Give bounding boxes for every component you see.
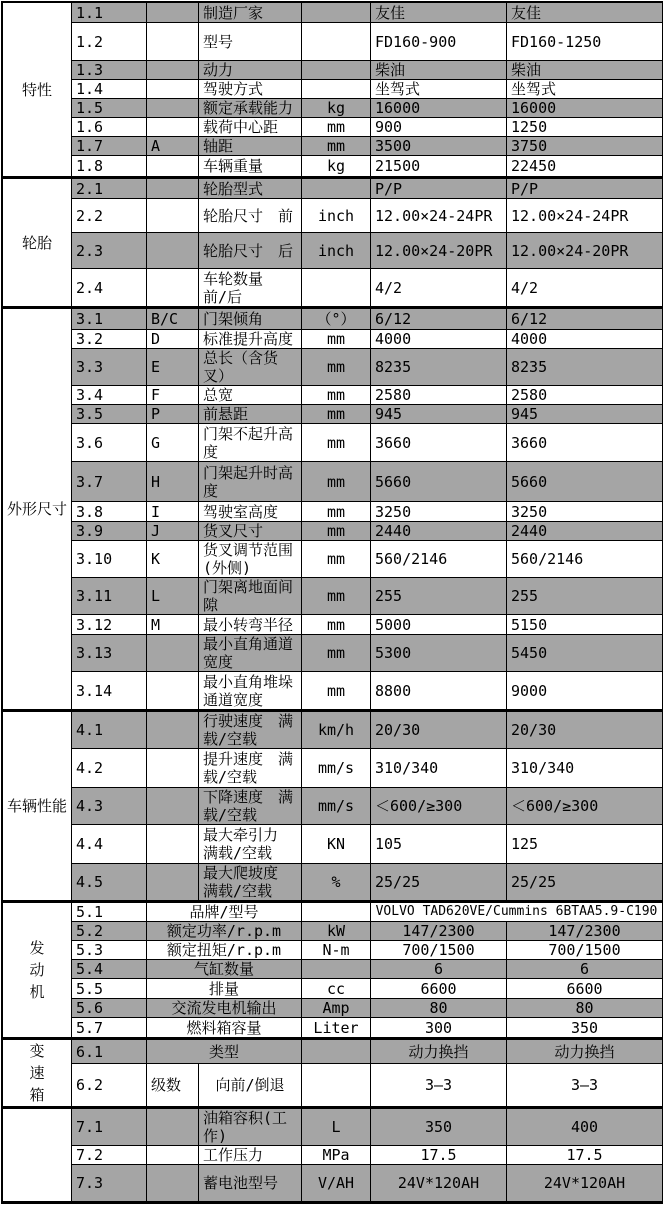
- cell-value-1: 900: [371, 118, 507, 137]
- section-label: 发动机: [3, 903, 72, 1038]
- cell-unit: mm: [302, 502, 371, 522]
- section-label: 轮胎: [3, 179, 72, 307]
- cell-value-1: 3—3: [371, 1064, 507, 1107]
- cell-param-name: 驾驶方式: [199, 80, 302, 99]
- cell-value-1: 25/25: [371, 864, 507, 901]
- cell-unit: [302, 80, 371, 99]
- cell-dim-letter: G: [147, 424, 199, 462]
- cell-value-1: 3660: [371, 424, 507, 462]
- cell-row-number: 6.1: [72, 1040, 147, 1064]
- cell-row-number: 1.1: [72, 3, 147, 23]
- cell-unit: mm: [302, 386, 371, 405]
- cell-row-number: 5.1: [72, 903, 147, 922]
- cell-value-2: 400: [507, 1109, 662, 1146]
- cell-unit: [302, 903, 371, 922]
- cell-unit: [302, 269, 371, 307]
- cell-value-2: P/P: [507, 179, 662, 199]
- cell-row-number: 4.5: [72, 864, 147, 901]
- cell-row-number: 2.2: [72, 199, 147, 233]
- cell-value-2: 2440: [507, 522, 662, 541]
- cell-value-2: 255: [507, 578, 662, 615]
- cell-value-2: 12.00×24-20PR: [507, 233, 662, 269]
- cell-value-1: 坐驾式: [371, 80, 507, 99]
- cell-unit: [302, 179, 371, 199]
- cell-unit: mm: [302, 635, 371, 672]
- cell-param-name: 门架倾角: [199, 309, 302, 330]
- cell-param-name: 门架不起升高度: [199, 424, 302, 462]
- cell-row-number: 3.5: [72, 405, 147, 424]
- cell-param-name: 轴距: [199, 137, 302, 156]
- cell-row-number: 3.11: [72, 578, 147, 615]
- cell-value-1: 24V*120AH: [371, 1165, 507, 1202]
- cell-value-2: 17.5: [507, 1146, 662, 1165]
- section-1: 特性1.1制造厂家友佳友佳1.2型号FD160-900FD160-12501.3…: [3, 3, 662, 177]
- cell-dim-letter: [147, 1109, 199, 1146]
- cell-param-name: 气缸数量: [147, 960, 302, 979]
- cell-param-name: 最小直角堆垛通道宽度: [199, 672, 302, 710]
- cell-value-2: 1250: [507, 118, 662, 137]
- cell-param-name: 排量: [147, 979, 302, 999]
- cell-param-name: 蓄电池型号: [199, 1165, 302, 1202]
- section-label: 变速箱: [3, 1040, 72, 1107]
- cell-row-number: 1.5: [72, 99, 147, 118]
- cell-unit: kg: [302, 99, 371, 118]
- cell-value-2: 350: [507, 1018, 662, 1038]
- cell-value-1: 6600: [371, 979, 507, 999]
- cell-unit: mm: [302, 615, 371, 635]
- cell-dim-letter: [147, 864, 199, 901]
- cell-unit: inch: [302, 233, 371, 269]
- cell-row-number: 3.14: [72, 672, 147, 710]
- cell-value-1: 3250: [371, 502, 507, 522]
- cell-value-1: 350: [371, 1109, 507, 1146]
- cell-unit: mm: [302, 522, 371, 541]
- cell-row-number: 4.4: [72, 825, 147, 864]
- cell-unit: mm: [302, 672, 371, 710]
- cell-unit: mm: [302, 424, 371, 462]
- cell-unit: %: [302, 864, 371, 901]
- cell-unit: V/AH: [302, 1165, 371, 1202]
- cell-unit: kg: [302, 156, 371, 177]
- cell-value-2: 坐驾式: [507, 80, 662, 99]
- cell-row-number: 5.6: [72, 999, 147, 1018]
- section-3: 外形尺寸3.1B/C门架倾角（°）6/126/123.2D标准提升高度mm400…: [3, 307, 662, 710]
- cell-unit: mm: [302, 462, 371, 502]
- cell-row-number: 7.1: [72, 1109, 147, 1146]
- cell-dim-letter: [147, 635, 199, 672]
- section-2: 轮胎2.1轮胎型式P/PP/P2.2轮胎尺寸 前inch12.00×24-24P…: [3, 177, 662, 307]
- cell-value-1: 友佳: [371, 3, 507, 23]
- cell-row-number: 1.7: [72, 137, 147, 156]
- cell-value-2: 12.00×24-24PR: [507, 199, 662, 233]
- cell-value-2: 4000: [507, 330, 662, 349]
- cell-dim-letter: K: [147, 541, 199, 578]
- cell-row-number: 3.13: [72, 635, 147, 672]
- cell-dim-letter: [147, 1146, 199, 1165]
- cell-value-1: 12.00×24-20PR: [371, 233, 507, 269]
- cell-dim-letter: A: [147, 137, 199, 156]
- cell-dim-letter: P: [147, 405, 199, 424]
- cell-dim-letter: [147, 61, 199, 80]
- cell-value-1: 3500: [371, 137, 507, 156]
- cell-row-number: 3.4: [72, 386, 147, 405]
- cell-dim-letter: [147, 99, 199, 118]
- cell-value-2: 80: [507, 999, 662, 1018]
- cell-value-2: 147/2300: [507, 922, 662, 941]
- cell-row-number: 1.8: [72, 156, 147, 177]
- cell-value-1: 300: [371, 1018, 507, 1038]
- cell-value-1: 17.5: [371, 1146, 507, 1165]
- cell-dim-letter: [147, 233, 199, 269]
- cell-value-2: 5150: [507, 615, 662, 635]
- cell-dim-letter: F: [147, 386, 199, 405]
- cell-dim-letter: M: [147, 615, 199, 635]
- cell-value-2: 24V*120AH: [507, 1165, 662, 1202]
- cell-param-name: 总宽: [199, 386, 302, 405]
- cell-value-1: 8235: [371, 349, 507, 386]
- cell-value-1: 700/1500: [371, 941, 507, 960]
- cell-param-name: 货叉调节范围(外侧): [199, 541, 302, 578]
- cell-value-1: 105: [371, 825, 507, 864]
- cell-unit: inch: [302, 199, 371, 233]
- cell-param-name: 额定功率/r.p.m: [147, 922, 302, 941]
- cell-param-name: 门架起升时高度: [199, 462, 302, 502]
- cell-row-number: 3.3: [72, 349, 147, 386]
- spec-table: 特性1.1制造厂家友佳友佳1.2型号FD160-900FD160-12501.3…: [1, 1, 663, 1204]
- cell-value-2: 6: [507, 960, 662, 979]
- cell-unit: （°）: [302, 309, 371, 330]
- cell-unit: L: [302, 1109, 371, 1146]
- cell-value-2: ＜600/≥300: [507, 788, 662, 825]
- cell-value-1: 5000: [371, 615, 507, 635]
- cell-value-2: 700/1500: [507, 941, 662, 960]
- cell-value-2: 945: [507, 405, 662, 424]
- cell-row-number: 7.3: [72, 1165, 147, 1202]
- cell-dim-letter: [147, 1165, 199, 1202]
- cell-param-name: 制造厂家: [199, 3, 302, 23]
- cell-unit: KN: [302, 825, 371, 864]
- cell-unit: [302, 1040, 371, 1064]
- cell-value-2: 8235: [507, 349, 662, 386]
- cell-param-name: 前悬距: [199, 405, 302, 424]
- cell-value-2: 3750: [507, 137, 662, 156]
- cell-unit: kW: [302, 922, 371, 941]
- cell-value-1: 动力换挡: [371, 1040, 507, 1064]
- cell-value-2: 5660: [507, 462, 662, 502]
- cell-unit: [302, 61, 371, 80]
- cell-row-number: 3.10: [72, 541, 147, 578]
- cell-value-1: 12.00×24-24PR: [371, 199, 507, 233]
- cell-dim-letter: [147, 825, 199, 864]
- cell-row-number: 5.3: [72, 941, 147, 960]
- cell-value-1: 柴油: [371, 61, 507, 80]
- cell-value-2: 22450: [507, 156, 662, 177]
- cell-dim-letter: L: [147, 578, 199, 615]
- cell-param-name: 门架离地面间隙: [199, 578, 302, 615]
- cell-param-name: 载荷中心距: [199, 118, 302, 137]
- section-5: 发动机5.1品牌/型号VOLVO TAD620VE/Cummins 6BTAA5…: [3, 901, 662, 1038]
- section-label: 特性: [3, 3, 72, 177]
- cell-param-name: 动力: [199, 61, 302, 80]
- cell-dim-letter: B/C: [147, 309, 199, 330]
- cell-unit: Liter: [302, 1018, 371, 1038]
- cell-value-2: 柴油: [507, 61, 662, 80]
- cell-value-2: 16000: [507, 99, 662, 118]
- cell-value-2: 560/2146: [507, 541, 662, 578]
- section-label: [3, 1109, 72, 1202]
- cell-unit: [302, 23, 371, 61]
- cell-dim-letter: [147, 672, 199, 710]
- cell-unit: [302, 960, 371, 979]
- cell-param-name: 额定承载能力: [199, 99, 302, 118]
- cell-row-number: 3.12: [72, 615, 147, 635]
- cell-dim-letter: [147, 118, 199, 137]
- cell-row-number: 2.3: [72, 233, 147, 269]
- cell-row-number: 1.6: [72, 118, 147, 137]
- cell-param-name: 最小转弯半径: [199, 615, 302, 635]
- cell-row-number: 1.3: [72, 61, 147, 80]
- cell-value-2: 3—3: [507, 1064, 662, 1107]
- cell-row-number: 1.2: [72, 23, 147, 61]
- cell-value-1: 2440: [371, 522, 507, 541]
- cell-dim-letter: [147, 80, 199, 99]
- cell-unit: mm: [302, 349, 371, 386]
- cell-unit: mm/s: [302, 749, 371, 788]
- cell-value-2: 友佳: [507, 3, 662, 23]
- cell-value-1: 5300: [371, 635, 507, 672]
- cell-dim-letter: [147, 23, 199, 61]
- cell-value-2: 25/25: [507, 864, 662, 901]
- cell-value-2: 3250: [507, 502, 662, 522]
- cell-row-number: 5.7: [72, 1018, 147, 1038]
- cell-row-number: 4.3: [72, 788, 147, 825]
- cell-row-number: 2.4: [72, 269, 147, 307]
- cell-param-name: 轮胎型式: [199, 179, 302, 199]
- cell-dim-letter: [147, 156, 199, 177]
- cell-value-1: 560/2146: [371, 541, 507, 578]
- cell-value-2: 5450: [507, 635, 662, 672]
- cell-row-number: 3.1: [72, 309, 147, 330]
- cell-param-name: 油箱容积(工作): [199, 1109, 302, 1146]
- cell-value-2: FD160-1250: [507, 23, 662, 61]
- cell-param-name: 向前/倒退: [199, 1064, 302, 1107]
- cell-value-1: 80: [371, 999, 507, 1018]
- cell-value-2: 20/30: [507, 712, 662, 749]
- cell-unit: cc: [302, 979, 371, 999]
- cell-param-name: 最大牵引力 满载/空载: [199, 825, 302, 864]
- cell-value-1: 8800: [371, 672, 507, 710]
- cell-value-2: 6600: [507, 979, 662, 999]
- cell-param-name: 最小直角通道宽度: [199, 635, 302, 672]
- cell-value-2: 125: [507, 825, 662, 864]
- cell-param-name: 提升速度 满载/空载: [199, 749, 302, 788]
- cell-dim-letter: [147, 199, 199, 233]
- cell-dim-letter: [147, 749, 199, 788]
- cell-row-number: 3.2: [72, 330, 147, 349]
- cell-param-name: 车辆重量: [199, 156, 302, 177]
- cell-value-1: 4/2: [371, 269, 507, 307]
- cell-param-name: 型号: [199, 23, 302, 61]
- cell-dim-letter: [147, 3, 199, 23]
- section-6: 变速箱6.1类型动力换挡动力换挡6.2级数向前/倒退3—33—3: [3, 1038, 662, 1107]
- cell-param-name: 车轮数量 前/后: [199, 269, 302, 307]
- cell-value-2: 4/2: [507, 269, 662, 307]
- cell-param-name: 货叉尺寸: [199, 522, 302, 541]
- cell-param-name: 轮胎尺寸 后: [199, 233, 302, 269]
- cell-row-number: 3.9: [72, 522, 147, 541]
- cell-dim-letter: 级数: [147, 1064, 199, 1107]
- section-label: 外形尺寸: [3, 309, 72, 710]
- cell-value-1: ＜600/≥300: [371, 788, 507, 825]
- cell-unit: [302, 3, 371, 23]
- cell-row-number: 5.4: [72, 960, 147, 979]
- section-label: 车辆性能: [3, 712, 72, 901]
- cell-unit: mm: [302, 137, 371, 156]
- cell-row-number: 2.1: [72, 179, 147, 199]
- cell-param-name: 行驶速度 满载/空载: [199, 712, 302, 749]
- cell-param-name: 品牌/型号: [147, 903, 302, 922]
- cell-unit: [302, 1064, 371, 1107]
- cell-value-1: 310/340: [371, 749, 507, 788]
- cell-param-name: 燃料箱容量: [147, 1018, 302, 1038]
- cell-param-name: 总长（含货叉）: [199, 349, 302, 386]
- cell-value-2: 动力换挡: [507, 1040, 662, 1064]
- cell-value-2: 6/12: [507, 309, 662, 330]
- cell-row-number: 4.2: [72, 749, 147, 788]
- cell-dim-letter: [147, 712, 199, 749]
- cell-dim-letter: [147, 788, 199, 825]
- cell-value-2: 310/340: [507, 749, 662, 788]
- cell-value-1: 21500: [371, 156, 507, 177]
- cell-value-1: P/P: [371, 179, 507, 199]
- cell-param-name: 标准提升高度: [199, 330, 302, 349]
- cell-row-number: 4.1: [72, 712, 147, 749]
- cell-dim-letter: J: [147, 522, 199, 541]
- section-7: 7.1油箱容积(工作)L3504007.2工作压力MPa17.517.57.3蓄…: [3, 1107, 662, 1202]
- cell-value-1: 255: [371, 578, 507, 615]
- cell-param-name: 额定扭矩/r.p.m: [147, 941, 302, 960]
- cell-unit: mm: [302, 118, 371, 137]
- cell-value-1: 6/12: [371, 309, 507, 330]
- section-4: 车辆性能4.1行驶速度 满载/空载km/h20/3020/304.2提升速度 满…: [3, 710, 662, 901]
- cell-value-1: 147/2300: [371, 922, 507, 941]
- cell-row-number: 6.2: [72, 1064, 147, 1107]
- cell-row-number: 3.8: [72, 502, 147, 522]
- cell-param-name: 轮胎尺寸 前: [199, 199, 302, 233]
- cell-dim-letter: D: [147, 330, 199, 349]
- cell-value-1: FD160-900: [371, 23, 507, 61]
- cell-dim-letter: I: [147, 502, 199, 522]
- cell-value-1: 2580: [371, 386, 507, 405]
- cell-param-name: 驾驶室高度: [199, 502, 302, 522]
- cell-dim-letter: [147, 179, 199, 199]
- cell-param-name: 交流发电机输出: [147, 999, 302, 1018]
- cell-value-2: 9000: [507, 672, 662, 710]
- cell-param-name: 最大爬坡度 满载/空载: [199, 864, 302, 901]
- cell-dim-letter: H: [147, 462, 199, 502]
- cell-unit: mm: [302, 330, 371, 349]
- cell-value-2: 2580: [507, 386, 662, 405]
- cell-param-name: 类型: [147, 1040, 302, 1064]
- cell-value-1: 16000: [371, 99, 507, 118]
- cell-param-name: 下降速度 满载/空载: [199, 788, 302, 825]
- cell-value-1: 945: [371, 405, 507, 424]
- cell-value-1: 5660: [371, 462, 507, 502]
- cell-unit: N-m: [302, 941, 371, 960]
- cell-row-number: 5.5: [72, 979, 147, 999]
- cell-unit: mm: [302, 405, 371, 424]
- cell-value-span: VOLVO TAD620VE/Cummins 6BTAA5.9-C190: [371, 903, 662, 922]
- cell-value-1: 4000: [371, 330, 507, 349]
- cell-row-number: 3.6: [72, 424, 147, 462]
- cell-unit: km/h: [302, 712, 371, 749]
- cell-value-1: 20/30: [371, 712, 507, 749]
- cell-row-number: 7.2: [72, 1146, 147, 1165]
- cell-unit: mm/s: [302, 788, 371, 825]
- cell-row-number: 5.2: [72, 922, 147, 941]
- cell-param-name: 工作压力: [199, 1146, 302, 1165]
- cell-unit: Amp: [302, 999, 371, 1018]
- cell-unit: mm: [302, 541, 371, 578]
- cell-row-number: 1.4: [72, 80, 147, 99]
- cell-dim-letter: E: [147, 349, 199, 386]
- cell-unit: MPa: [302, 1146, 371, 1165]
- cell-row-number: 3.7: [72, 462, 147, 502]
- cell-value-1: 6: [371, 960, 507, 979]
- cell-unit: mm: [302, 578, 371, 615]
- cell-value-2: 3660: [507, 424, 662, 462]
- cell-dim-letter: [147, 269, 199, 307]
